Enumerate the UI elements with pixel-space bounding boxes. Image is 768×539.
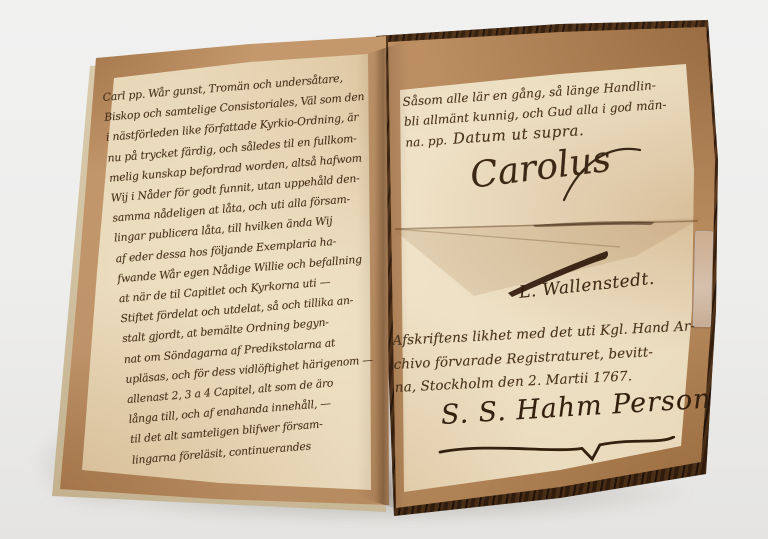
manuscript-photo: Carl pp. Wår gunst, Tromän och undersåta… [0, 0, 768, 539]
signature-paraph-underline [436, 436, 680, 464]
carolus-flourish [556, 134, 648, 204]
datum-prefix: na. pp. [405, 133, 448, 150]
ink-stroke-flourish [505, 246, 615, 298]
plastic-restoration-tab [693, 231, 714, 327]
left-page-text: Carl pp. Wår gunst, Tromän och undersåta… [102, 65, 418, 471]
